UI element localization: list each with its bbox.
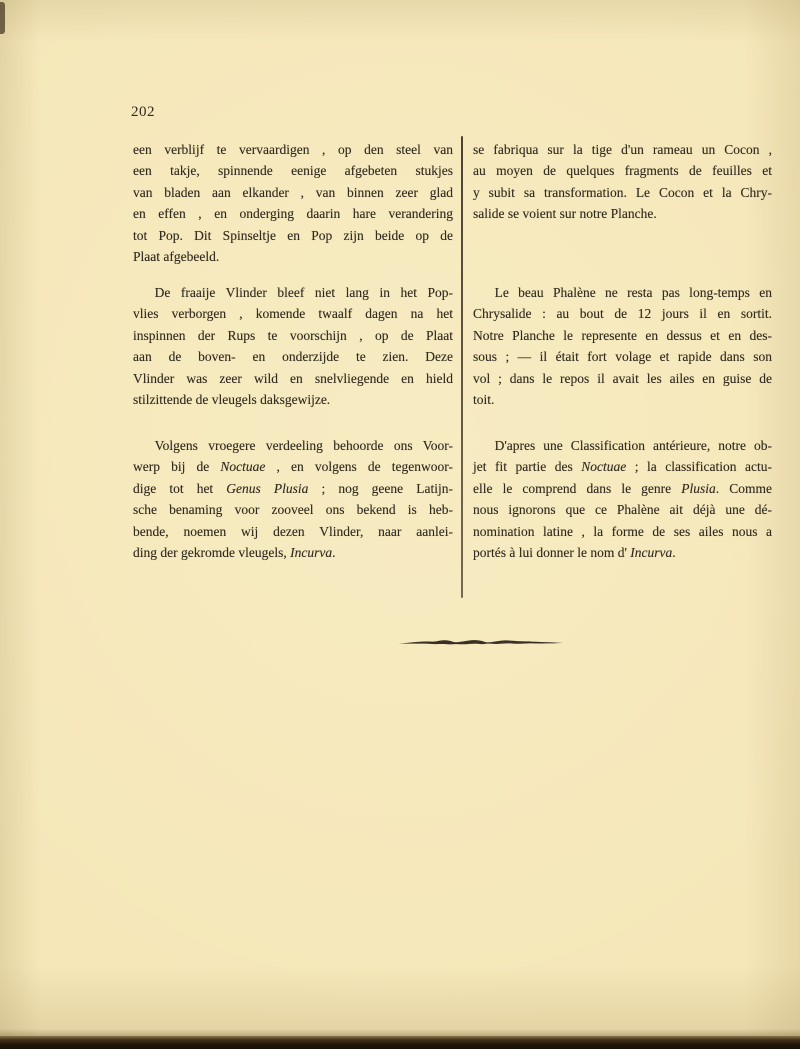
text-line: vol ; dans le repos il avait les ailes e…	[473, 368, 772, 389]
text-line: D'apres une Classification antérieure, n…	[473, 435, 772, 456]
text-segment: se fabriqua sur la tige d'un rameau un C…	[473, 142, 772, 157]
text-segment: Le beau Phalène ne resta pas long-temps …	[495, 285, 772, 300]
text-segment: Chrysalide : au bout de 12 jours il en s…	[473, 306, 772, 321]
text-segment: ding der gekromde vleugels,	[133, 545, 290, 560]
divider-flourish-icon	[398, 636, 564, 655]
text-line: en effen , en onderging daarin hare vera…	[133, 203, 453, 224]
text-line: Plaat afgebeeld.	[133, 246, 453, 267]
text-line: vlies verborgen , komende twaalf dagen n…	[133, 303, 453, 324]
page-number: 202	[131, 104, 155, 121]
text-segment: sous ; — il était fort volage et rapide …	[473, 349, 772, 364]
text-segment: een takje, spinnende eenige afgebeten st…	[133, 163, 453, 178]
text-line: nous ignorons que ce Phalène ait déjà un…	[473, 499, 772, 520]
text-segment: Plaat afgebeeld.	[133, 249, 219, 264]
text-segment: , en volgens de tegenwoor-	[265, 459, 453, 474]
text-line: aan de boven- en onderzijde te zien. Dez…	[133, 346, 453, 367]
text-segment: nous ignorons que ce Phalène ait déjà un…	[473, 502, 772, 517]
text-segment: inspinnen der Rups te voorschijn , op de…	[133, 328, 453, 343]
text-segment: tot Pop. Dit Spinseltje en Pop zijn beid…	[133, 228, 453, 243]
text-segment: sche benaming voor zooveel ons bekend is…	[133, 502, 453, 517]
text-line: inspinnen der Rups te voorschijn , op de…	[133, 325, 453, 346]
text-segment: salide se voient sur notre Planche.	[473, 206, 657, 221]
species-name-italic: Noctuae	[581, 459, 626, 474]
text-segment: van bladen aan elkander , van binnen zee…	[133, 185, 453, 200]
text-line: tot Pop. Dit Spinseltje en Pop zijn beid…	[133, 225, 453, 246]
text-segment: .	[332, 545, 335, 560]
text-segment: dige tot het	[133, 481, 226, 496]
text-line: Le beau Phalène ne resta pas long-temps …	[473, 282, 772, 303]
paragraph-dutch-2: De fraaije Vlinder bleef niet lang in he…	[133, 282, 453, 411]
text-line: Vlinder was zeer wild en snelvliegende e…	[133, 368, 453, 389]
text-line: y subit sa transformation. Le Cocon et l…	[473, 182, 772, 203]
text-segment: jet fit partie des	[473, 459, 581, 474]
text-segment: De fraaije Vlinder bleef niet lang in he…	[155, 285, 453, 300]
text-line: jet fit partie des Noctuae ; la classifi…	[473, 456, 772, 477]
text-segment: toit.	[473, 392, 494, 407]
text-segment: portés à lui donner le nom d'	[473, 545, 630, 560]
text-line: Chrysalide : au bout de 12 jours il en s…	[473, 303, 772, 324]
text-line: se fabriqua sur la tige d'un rameau un C…	[473, 139, 772, 160]
text-segment: ; la classification actu-	[626, 459, 772, 474]
text-segment: werp bij de	[133, 459, 220, 474]
text-line: nomination latine , la forme de ses aile…	[473, 521, 772, 542]
text-segment: een verblijf te vervaardigen , op den st…	[133, 142, 453, 157]
text-line: dige tot het Genus Plusia ; nog geene La…	[133, 478, 453, 499]
text-segment: bende, noemen wij dezen Vlinder, naar aa…	[133, 524, 453, 539]
text-segment: elle le comprend dans le genre	[473, 481, 681, 496]
text-segment: nomination latine , la forme de ses aile…	[473, 524, 772, 539]
text-line: au moyen de quelques fragments de feuill…	[473, 160, 772, 181]
paragraph-french-2: Le beau Phalène ne resta pas long-temps …	[473, 282, 772, 411]
text-segment: . Comme	[716, 481, 772, 496]
species-name-italic: Incurva	[290, 545, 332, 560]
text-segment: Notre Planche le represente en dessus et…	[473, 328, 772, 343]
text-line: sche benaming voor zooveel ons bekend is…	[133, 499, 453, 520]
text-segment: D'apres une Classification antérieure, n…	[495, 438, 772, 453]
text-segment: Volgens vroegere verdeeling behoorde ons…	[155, 438, 453, 453]
text-line: werp bij de Noctuae , en volgens de tege…	[133, 456, 453, 477]
paragraph-french-3: D'apres une Classification antérieure, n…	[473, 435, 772, 564]
paragraph-dutch-1: een verblijf te vervaardigen , op den st…	[133, 139, 453, 268]
scanned-book-page: 202 een verblijf te vervaardigen , op de…	[0, 0, 800, 1049]
species-name-italic: Noctuae	[220, 459, 265, 474]
text-line: ding der gekromde vleugels, Incurva.	[133, 542, 453, 563]
text-segment: en effen , en onderging daarin hare vera…	[133, 206, 453, 221]
text-line: elle le comprend dans le genre Plusia. C…	[473, 478, 772, 499]
text-line: een verblijf te vervaardigen , op den st…	[133, 139, 453, 160]
text-segment: vol ; dans le repos il avait les ailes e…	[473, 371, 772, 386]
paragraph-dutch-3: Volgens vroegere verdeeling behoorde ons…	[133, 435, 453, 564]
text-line: sous ; — il était fort volage et rapide …	[473, 346, 772, 367]
text-line: bende, noemen wij dezen Vlinder, naar aa…	[133, 521, 453, 542]
text-line: De fraaije Vlinder bleef niet lang in he…	[133, 282, 453, 303]
text-line: van bladen aan elkander , van binnen zee…	[133, 182, 453, 203]
text-line: stilzittende de vleugels daksgewijze.	[133, 389, 453, 410]
text-segment: y subit sa transformation. Le Cocon et l…	[473, 185, 772, 200]
text-line: Notre Planche le represente en dessus et…	[473, 325, 772, 346]
text-line: Volgens vroegere verdeeling behoorde ons…	[133, 435, 453, 456]
text-segment: au moyen de quelques fragments de feuill…	[473, 163, 772, 178]
text-segment: Vlinder was zeer wild en snelvliegende e…	[133, 371, 453, 386]
species-name-italic: Genus Plusia	[226, 481, 308, 496]
column-divider-rule	[461, 136, 463, 598]
text-segment: stilzittende de vleugels daksgewijze.	[133, 392, 330, 407]
text-segment: aan de boven- en onderzijde te zien. Dez…	[133, 349, 453, 364]
species-name-italic: Plusia	[681, 481, 716, 496]
text-line: toit.	[473, 389, 772, 410]
text-segment: .	[672, 545, 675, 560]
text-segment: ; nog geene Latijn-	[308, 481, 453, 496]
text-line: salide se voient sur notre Planche.	[473, 203, 772, 224]
scan-bottom-edge	[0, 1036, 800, 1049]
scan-edge-mark	[0, 2, 5, 34]
species-name-italic: Incurva	[630, 545, 672, 560]
paragraph-french-1: se fabriqua sur la tige d'un rameau un C…	[473, 139, 772, 225]
text-segment: vlies verborgen , komende twaalf dagen n…	[133, 306, 453, 321]
text-line: portés à lui donner le nom d' Incurva.	[473, 542, 772, 563]
text-line: een takje, spinnende eenige afgebeten st…	[133, 160, 453, 181]
